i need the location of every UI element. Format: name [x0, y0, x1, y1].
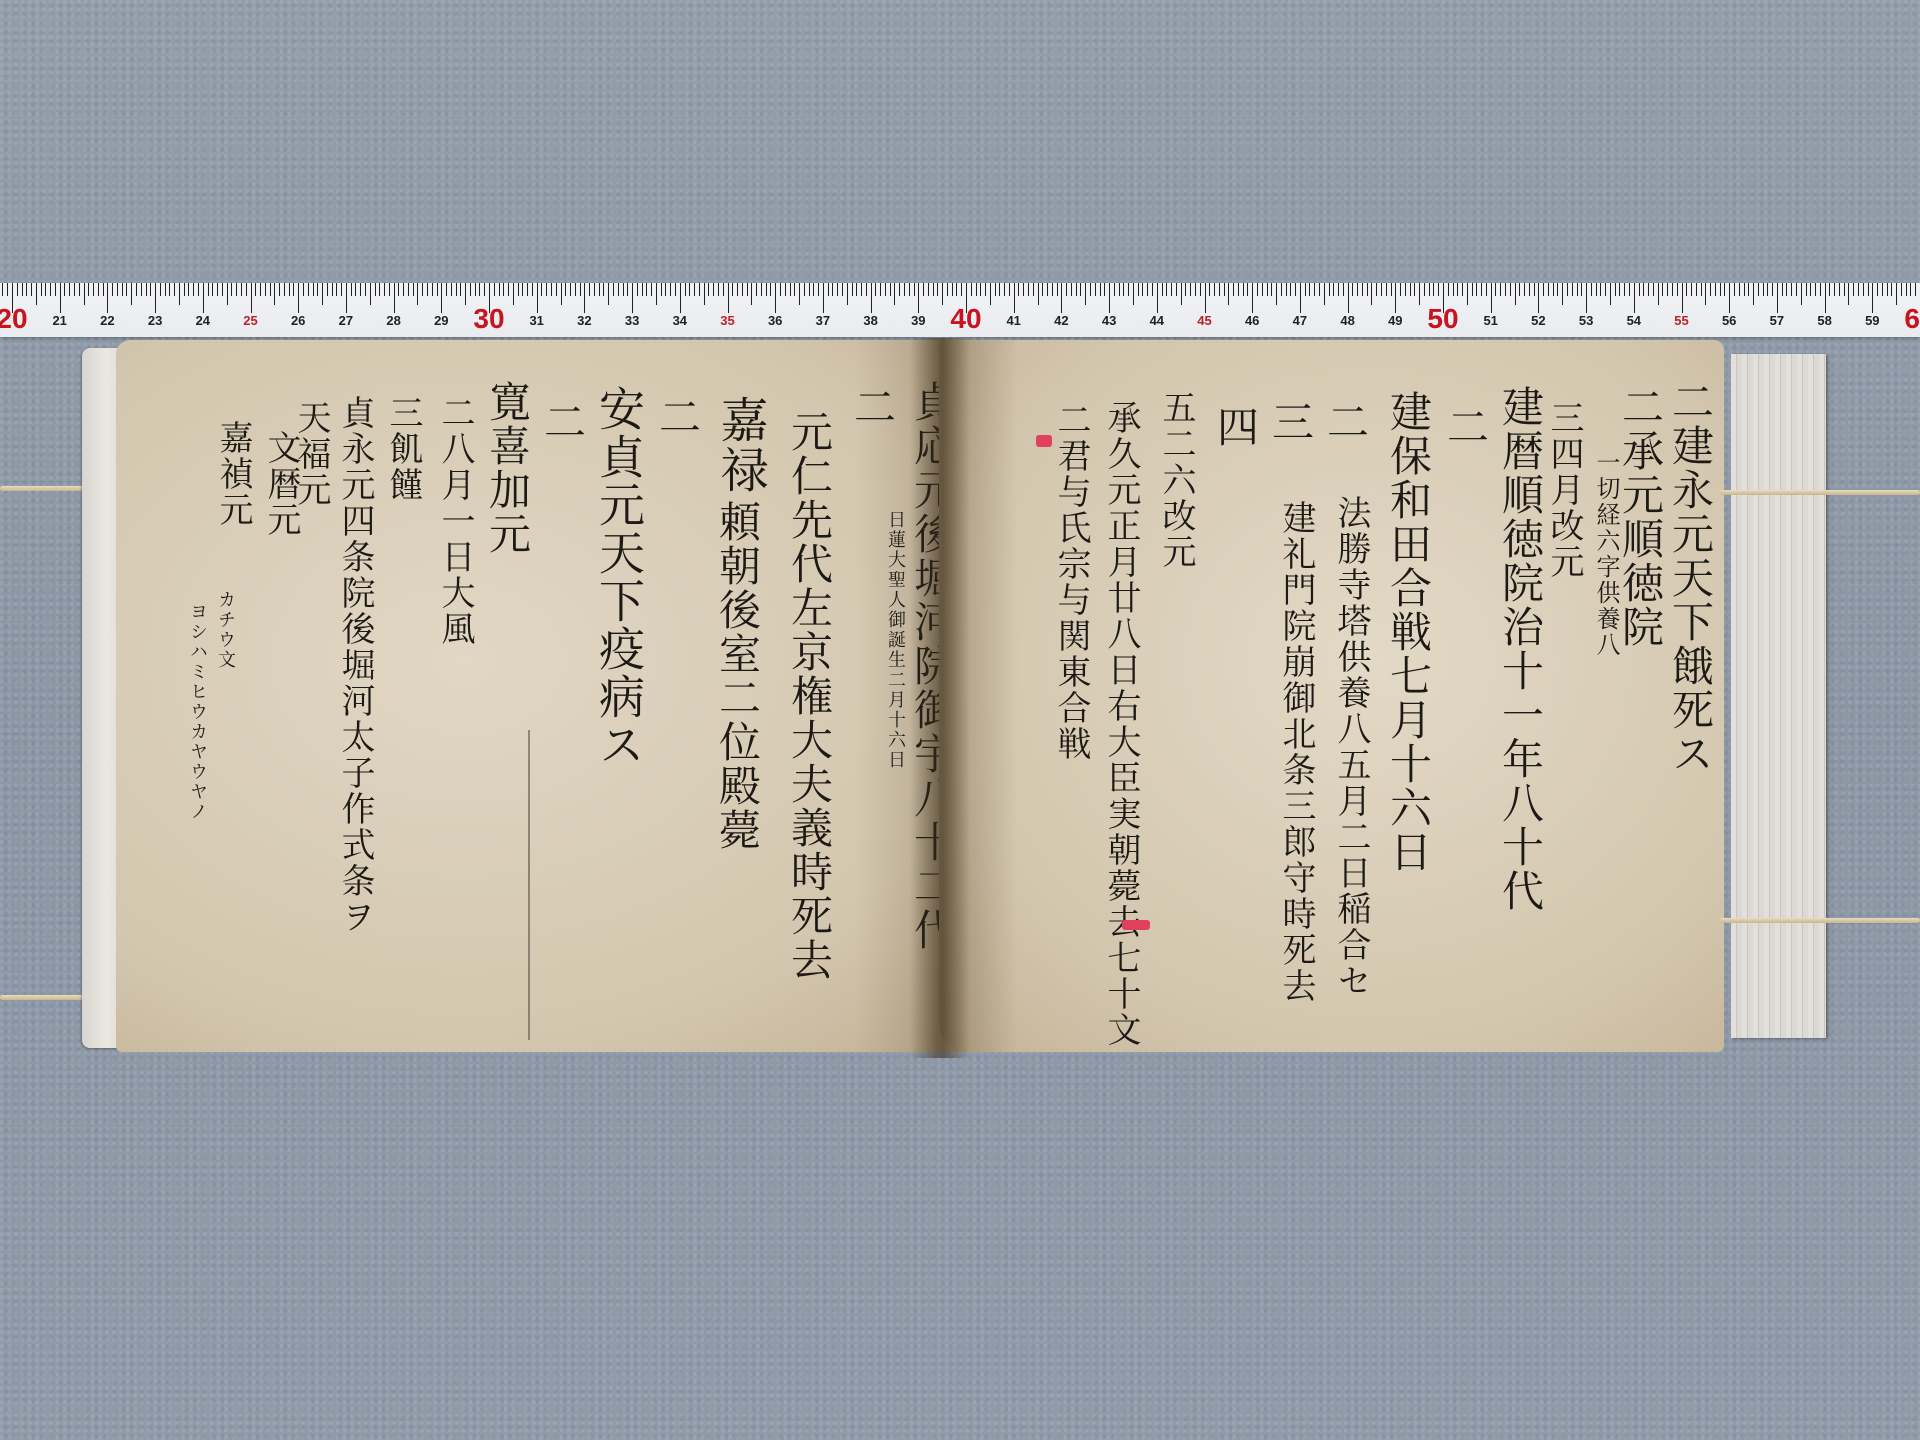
ruler-tick [589, 283, 590, 296]
book-gutter [910, 338, 970, 1058]
ruler-label: 23 [148, 313, 162, 328]
ruler-tick [1076, 283, 1077, 296]
ruler-tick [546, 283, 547, 296]
ruler-tick [1357, 283, 1358, 296]
ruler-tick [1710, 283, 1711, 296]
ruler-tick [627, 283, 628, 296]
ruler-tick [499, 283, 500, 296]
ruler-tick [1023, 283, 1024, 296]
ruler-tick [1691, 283, 1692, 296]
ruler-tick [828, 283, 829, 296]
ruler-label: 22 [100, 313, 114, 328]
ruler-tick [770, 283, 771, 296]
ruler-tick [1686, 283, 1687, 296]
ruler-tick [1648, 283, 1649, 296]
ruler-tick [847, 283, 848, 305]
text-column: 二承元順徳院 [1619, 385, 1661, 649]
ruler-tick [1095, 283, 1096, 296]
ruler-tick [704, 283, 705, 305]
ruler-label: 42 [1054, 313, 1068, 328]
ruler-tick [1825, 283, 1826, 313]
ruler-label: 24 [196, 313, 210, 328]
ruler-tick [50, 283, 51, 296]
ruler-tick [766, 283, 767, 296]
ruler-tick [1257, 283, 1258, 296]
ruler-tick [527, 283, 528, 296]
ruler-label: 55 [1674, 313, 1688, 328]
ruler-tick [1405, 283, 1406, 296]
ruler-tick [856, 283, 857, 296]
ruler-tick [1553, 283, 1554, 296]
ruler-tick [1853, 283, 1854, 296]
ruler-tick [680, 283, 681, 313]
ruler-tick [360, 283, 361, 296]
text-column: 二 [1444, 405, 1486, 449]
ruler-tick [403, 283, 404, 296]
ruler-tick [618, 283, 619, 296]
ruler-tick [64, 283, 65, 296]
ruler-tick [470, 283, 471, 296]
ruler-tick [1481, 283, 1482, 296]
text-column: 建暦順徳院治十一年八十代 [1499, 385, 1541, 913]
ruler-tick [1529, 283, 1530, 296]
ruler-tick [928, 283, 929, 296]
ruler-tick [1887, 283, 1888, 296]
ruler-tick [1300, 283, 1301, 313]
ruler-tick [1591, 283, 1592, 296]
ruler-tick [694, 283, 695, 296]
ruler-tick [293, 283, 294, 296]
ruler-tick [1619, 283, 1620, 296]
ruler-tick [937, 283, 938, 296]
ruler-tick [1872, 283, 1873, 313]
ruler-tick [880, 283, 881, 296]
ruler-tick [1786, 283, 1787, 296]
ruler-label: 33 [625, 313, 639, 328]
ruler-tick [1252, 283, 1253, 313]
text-column: 二建永元天下餓死ス [1669, 380, 1711, 776]
ruler-tick [513, 283, 514, 305]
ruler-tick [41, 283, 42, 296]
ruler-tick [1276, 283, 1277, 305]
ruler-tick [1500, 283, 1501, 296]
ruler-tick [1047, 283, 1048, 296]
ruler-tick [623, 283, 624, 296]
text-column: 三飢饉 [386, 395, 420, 503]
ruler-tick [141, 283, 142, 296]
ruler-tick [1877, 283, 1878, 296]
ruler-tick [279, 283, 280, 296]
ruler-tick [451, 283, 452, 296]
ruler-label: 32 [577, 313, 591, 328]
ruler-tick [1066, 283, 1067, 296]
measuring-tape: 2021222324252627282930313233343536373839… [0, 283, 1920, 337]
ruler-tick [1205, 283, 1206, 313]
ruler-tick [465, 283, 466, 305]
ruler-tick [918, 283, 919, 313]
ruler-tick [284, 283, 285, 296]
ruler-tick [1419, 283, 1420, 305]
ruler-tick [1219, 283, 1220, 296]
ruler-tick [699, 283, 700, 296]
ruler-tick [651, 283, 652, 296]
ruler-tick [1572, 283, 1573, 296]
ruler-tick [871, 283, 872, 313]
ruler-tick [718, 283, 719, 296]
ruler-tick [1018, 283, 1019, 296]
ruler-tick [575, 283, 576, 296]
ruler-tick [995, 283, 996, 296]
bamboo-skewer [1720, 918, 1920, 923]
ruler-tick [408, 283, 409, 296]
ruler-tick [1581, 283, 1582, 296]
ruler-tick [1080, 283, 1081, 296]
ruler-tick [355, 283, 356, 296]
ruler-tick [217, 283, 218, 296]
red-seal-mark [1036, 435, 1052, 447]
ruler-label: 34 [673, 313, 687, 328]
text-column: 建保和田合戦七月十六日 [1387, 390, 1429, 874]
ruler-tick [74, 283, 75, 296]
ruler-tick [341, 283, 342, 296]
ruler-tick [985, 283, 986, 296]
ruler-tick [1486, 283, 1487, 296]
ruler-tick [346, 283, 347, 313]
ruler-tick [794, 283, 795, 296]
ruler-tick [961, 283, 962, 296]
ruler-tick [518, 283, 519, 296]
ruler-tick [1410, 283, 1411, 296]
text-column: 文暦元 [264, 430, 298, 538]
ruler-tick [1286, 283, 1287, 296]
ruler-tick [1271, 283, 1272, 296]
ruler-tick [1033, 283, 1034, 296]
ruler-label: 46 [1245, 313, 1259, 328]
ruler-tick [1400, 283, 1401, 296]
ruler-tick [1557, 283, 1558, 296]
text-column: 三 [1269, 400, 1311, 444]
ruler-tick [122, 283, 123, 296]
ruler-tick [1171, 283, 1172, 296]
ruler-tick [1262, 283, 1263, 296]
ruler-tick [107, 283, 108, 313]
ruler-tick [1228, 283, 1229, 305]
text-column-small: ヨシハミヒウカヤウヤノ [188, 602, 206, 822]
text-column: 建礼門院崩御北条三郎守時死去 [1279, 500, 1313, 1004]
ruler-tick [93, 283, 94, 296]
ruler-tick [1104, 283, 1105, 296]
ruler-tick [112, 283, 113, 296]
ruler-tick [1868, 283, 1869, 296]
ruler-tick [1247, 283, 1248, 296]
ruler-tick [1462, 283, 1463, 296]
ruler-tick [494, 283, 495, 296]
ruler-tick [1453, 283, 1454, 296]
ruler-tick [670, 283, 671, 296]
ruler-tick [1634, 283, 1635, 313]
ruler-tick [1753, 283, 1754, 305]
ruler-tick [1882, 283, 1883, 296]
ruler-tick [947, 283, 948, 296]
ruler-tick [1338, 283, 1339, 296]
ruler-tick [1157, 283, 1158, 313]
ruler-tick [1701, 283, 1702, 296]
ruler-tick [126, 283, 127, 296]
ruler-tick [313, 283, 314, 296]
ruler-label: 29 [434, 313, 448, 328]
ruler-tick [1348, 283, 1349, 313]
ruler-tick [1314, 283, 1315, 296]
ruler-tick [1772, 283, 1773, 296]
bamboo-skewer [1720, 490, 1920, 495]
ruler-tick [2, 283, 3, 296]
text-column: 二 [1324, 400, 1366, 444]
ruler-tick [317, 283, 318, 296]
ruler-label: 51 [1483, 313, 1497, 328]
ruler-tick [675, 283, 676, 296]
ruler-tick [1586, 283, 1587, 313]
ruler-tick [541, 283, 542, 296]
ruler-tick [1901, 283, 1902, 296]
ruler-tick [1085, 283, 1086, 305]
ruler-tick [1767, 283, 1768, 296]
text-column: 二 [656, 395, 698, 439]
ruler-tick [1624, 283, 1625, 296]
ruler-tick [1333, 283, 1334, 296]
ruler-tick [1224, 283, 1225, 296]
ruler-tick [570, 283, 571, 296]
ruler-tick [1548, 283, 1549, 296]
ruler-tick [1090, 283, 1091, 296]
ruler-tick [1152, 283, 1153, 296]
ruler-tick [174, 283, 175, 296]
ruler-label: 35 [720, 313, 734, 328]
ruler-tick [1100, 283, 1101, 296]
ruler-tick [1858, 283, 1859, 296]
ruler-tick [69, 283, 70, 296]
ruler-tick [150, 283, 151, 296]
ruler-label: 53 [1579, 313, 1593, 328]
ruler-tick [22, 283, 23, 296]
ruler-tick [723, 283, 724, 296]
ruler-label: 41 [1006, 313, 1020, 328]
ruler-tick [728, 283, 729, 313]
ruler-tick [1052, 283, 1053, 296]
ruler-tick [780, 283, 781, 296]
ruler-tick [875, 283, 876, 296]
ruler-tick [251, 283, 252, 313]
ruler-tick [1009, 283, 1010, 296]
ruler-tick [1181, 283, 1182, 305]
ruler-tick [1376, 283, 1377, 296]
ruler-tick [351, 283, 352, 296]
ruler-tick [88, 283, 89, 296]
text-column: 嘉禎元 [216, 420, 250, 528]
right-page: 二建永元天下餓死ス 二承元順徳院 一切経六字供養八 三四月改元 建暦順徳院治十一… [939, 340, 1724, 1052]
ruler-tick [98, 283, 99, 296]
open-book: 貞応元後堀河院御宇八十二代 日蓮大聖人御誕生二月十六日 二 元仁先代左京権大夫義… [82, 338, 1822, 1058]
ruler-tick [327, 283, 328, 296]
ruler-tick [1538, 283, 1539, 313]
ruler-tick [1720, 283, 1721, 296]
ruler-label: 48 [1340, 313, 1354, 328]
ruler-tick [332, 283, 333, 296]
text-column-small: 日蓮大聖人御誕生二月十六日 [886, 510, 904, 770]
ruler-tick [1190, 283, 1191, 296]
ruler-tick [1281, 283, 1282, 296]
ruler-tick [522, 283, 523, 296]
text-column: 三四月改元 [1547, 400, 1581, 580]
ruler-tick [1381, 283, 1382, 296]
ruler-tick [1195, 283, 1196, 296]
ruler-tick [1662, 283, 1663, 296]
ruler-tick [904, 283, 905, 296]
ruler-tick [274, 283, 275, 305]
ruler-tick [942, 283, 943, 305]
text-column: 二君与氏宗与関東合戦 [1054, 402, 1088, 762]
ruler-tick [1696, 283, 1697, 296]
ruler-tick [1200, 283, 1201, 296]
ruler-tick [1147, 283, 1148, 296]
ruler-tick [1071, 283, 1072, 296]
ruler-tick [460, 283, 461, 296]
ruler-tick [456, 283, 457, 296]
text-column: 貞永元四条院後堀河太子作式条ヲ [338, 395, 372, 935]
ruler-tick [179, 283, 180, 305]
ruler-label: 44 [1150, 313, 1164, 328]
ruler-tick [303, 283, 304, 296]
ruler-tick [608, 283, 609, 305]
ruler-tick [31, 283, 32, 296]
ruler-tick [661, 283, 662, 296]
ruler-tick [508, 283, 509, 296]
ruler-tick [837, 283, 838, 296]
ruler-label: 52 [1531, 313, 1545, 328]
ruler-tick [336, 283, 337, 296]
ruler-tick [1424, 283, 1425, 296]
ruler-tick [809, 283, 810, 296]
ruler-tick [212, 283, 213, 296]
left-page: 貞応元後堀河院御宇八十二代 日蓮大聖人御誕生二月十六日 二 元仁先代左京権大夫義… [116, 340, 986, 1052]
ruler-tick [1438, 283, 1439, 296]
ruler-tick [441, 283, 442, 313]
ruler-tick [1839, 283, 1840, 296]
ruler-tick [1815, 283, 1816, 296]
ruler-tick [1004, 283, 1005, 296]
ruler-tick [1906, 283, 1907, 296]
text-column: 五二六改元 [1159, 390, 1193, 570]
ruler-tick [131, 283, 132, 305]
ruler-tick [732, 283, 733, 296]
ruler-tick [155, 283, 156, 313]
ruler-tick [1677, 283, 1678, 296]
ruler-tick [117, 283, 118, 296]
ruler-tick [584, 283, 585, 313]
ruler-tick [365, 283, 366, 296]
ruler-tick [55, 283, 56, 296]
text-column: 寛喜加元 [486, 380, 528, 556]
ruler-tick [1476, 283, 1477, 296]
ruler-tick [971, 283, 972, 296]
ruler-tick [198, 283, 199, 296]
ruler-tick [646, 283, 647, 296]
ruler-tick [413, 283, 414, 296]
ruler-tick [17, 283, 18, 296]
ruler-tick [813, 283, 814, 296]
ruler-tick [1739, 283, 1740, 296]
ruler-tick [1610, 283, 1611, 305]
text-column: 四 [1214, 405, 1256, 449]
ruler-tick [1391, 283, 1392, 296]
ruler-tick [79, 283, 80, 296]
ruler-tick [599, 283, 600, 296]
ruler-tick [389, 283, 390, 296]
ruler-tick [398, 283, 399, 296]
ruler-tick [165, 283, 166, 296]
ruler-tick [990, 283, 991, 305]
ruler-tick [1567, 283, 1568, 296]
ruler-tick [246, 283, 247, 296]
ruler-label: 28 [386, 313, 400, 328]
ruler-tick [255, 283, 256, 296]
ruler-tick [384, 283, 385, 296]
ruler-tick [1128, 283, 1129, 296]
ruler-tick [437, 283, 438, 296]
ruler-label: 25 [243, 313, 257, 328]
ruler-tick [976, 283, 977, 296]
ruler-tick [1290, 283, 1291, 296]
ruler-tick [1777, 283, 1778, 313]
ruler-tick [475, 283, 476, 296]
ruler-tick [551, 283, 552, 296]
ruler-tick [1319, 283, 1320, 296]
ruler-tick [1801, 283, 1802, 305]
ruler-tick [1524, 283, 1525, 296]
ruler-label: 26 [291, 313, 305, 328]
ruler-label: 37 [816, 313, 830, 328]
ruler-tick [270, 283, 271, 296]
ruler-tick [169, 283, 170, 296]
ruler-tick [713, 283, 714, 296]
ruler-tick [1014, 283, 1015, 313]
ruler-tick [1233, 283, 1234, 296]
text-column: 頼朝後室二位殿薨 [716, 500, 758, 852]
ruler-tick [417, 283, 418, 305]
ruler-tick [1329, 283, 1330, 296]
ruler-tick [1672, 283, 1673, 296]
ruler-tick [160, 283, 161, 296]
ruler-tick [1324, 283, 1325, 305]
ruler-tick [503, 283, 504, 296]
ruler-tick [1238, 283, 1239, 296]
ruler-label: 27 [339, 313, 353, 328]
ruler-tick [1114, 283, 1115, 296]
ruler-tick [1729, 283, 1730, 313]
ruler-tick [637, 283, 638, 296]
ruler-tick [1596, 283, 1597, 296]
ruler-tick [823, 283, 824, 313]
ruler-tick [1457, 283, 1458, 296]
ruler-tick [1705, 283, 1706, 305]
ruler-label: 57 [1770, 313, 1784, 328]
ruler-tick [613, 283, 614, 296]
ruler-label: 31 [529, 313, 543, 328]
ruler-tick [565, 283, 566, 296]
red-seal-mark [1122, 920, 1150, 930]
ruler-label: 49 [1388, 313, 1402, 328]
ruler-tick [26, 283, 27, 296]
ruler-tick [1715, 283, 1716, 296]
